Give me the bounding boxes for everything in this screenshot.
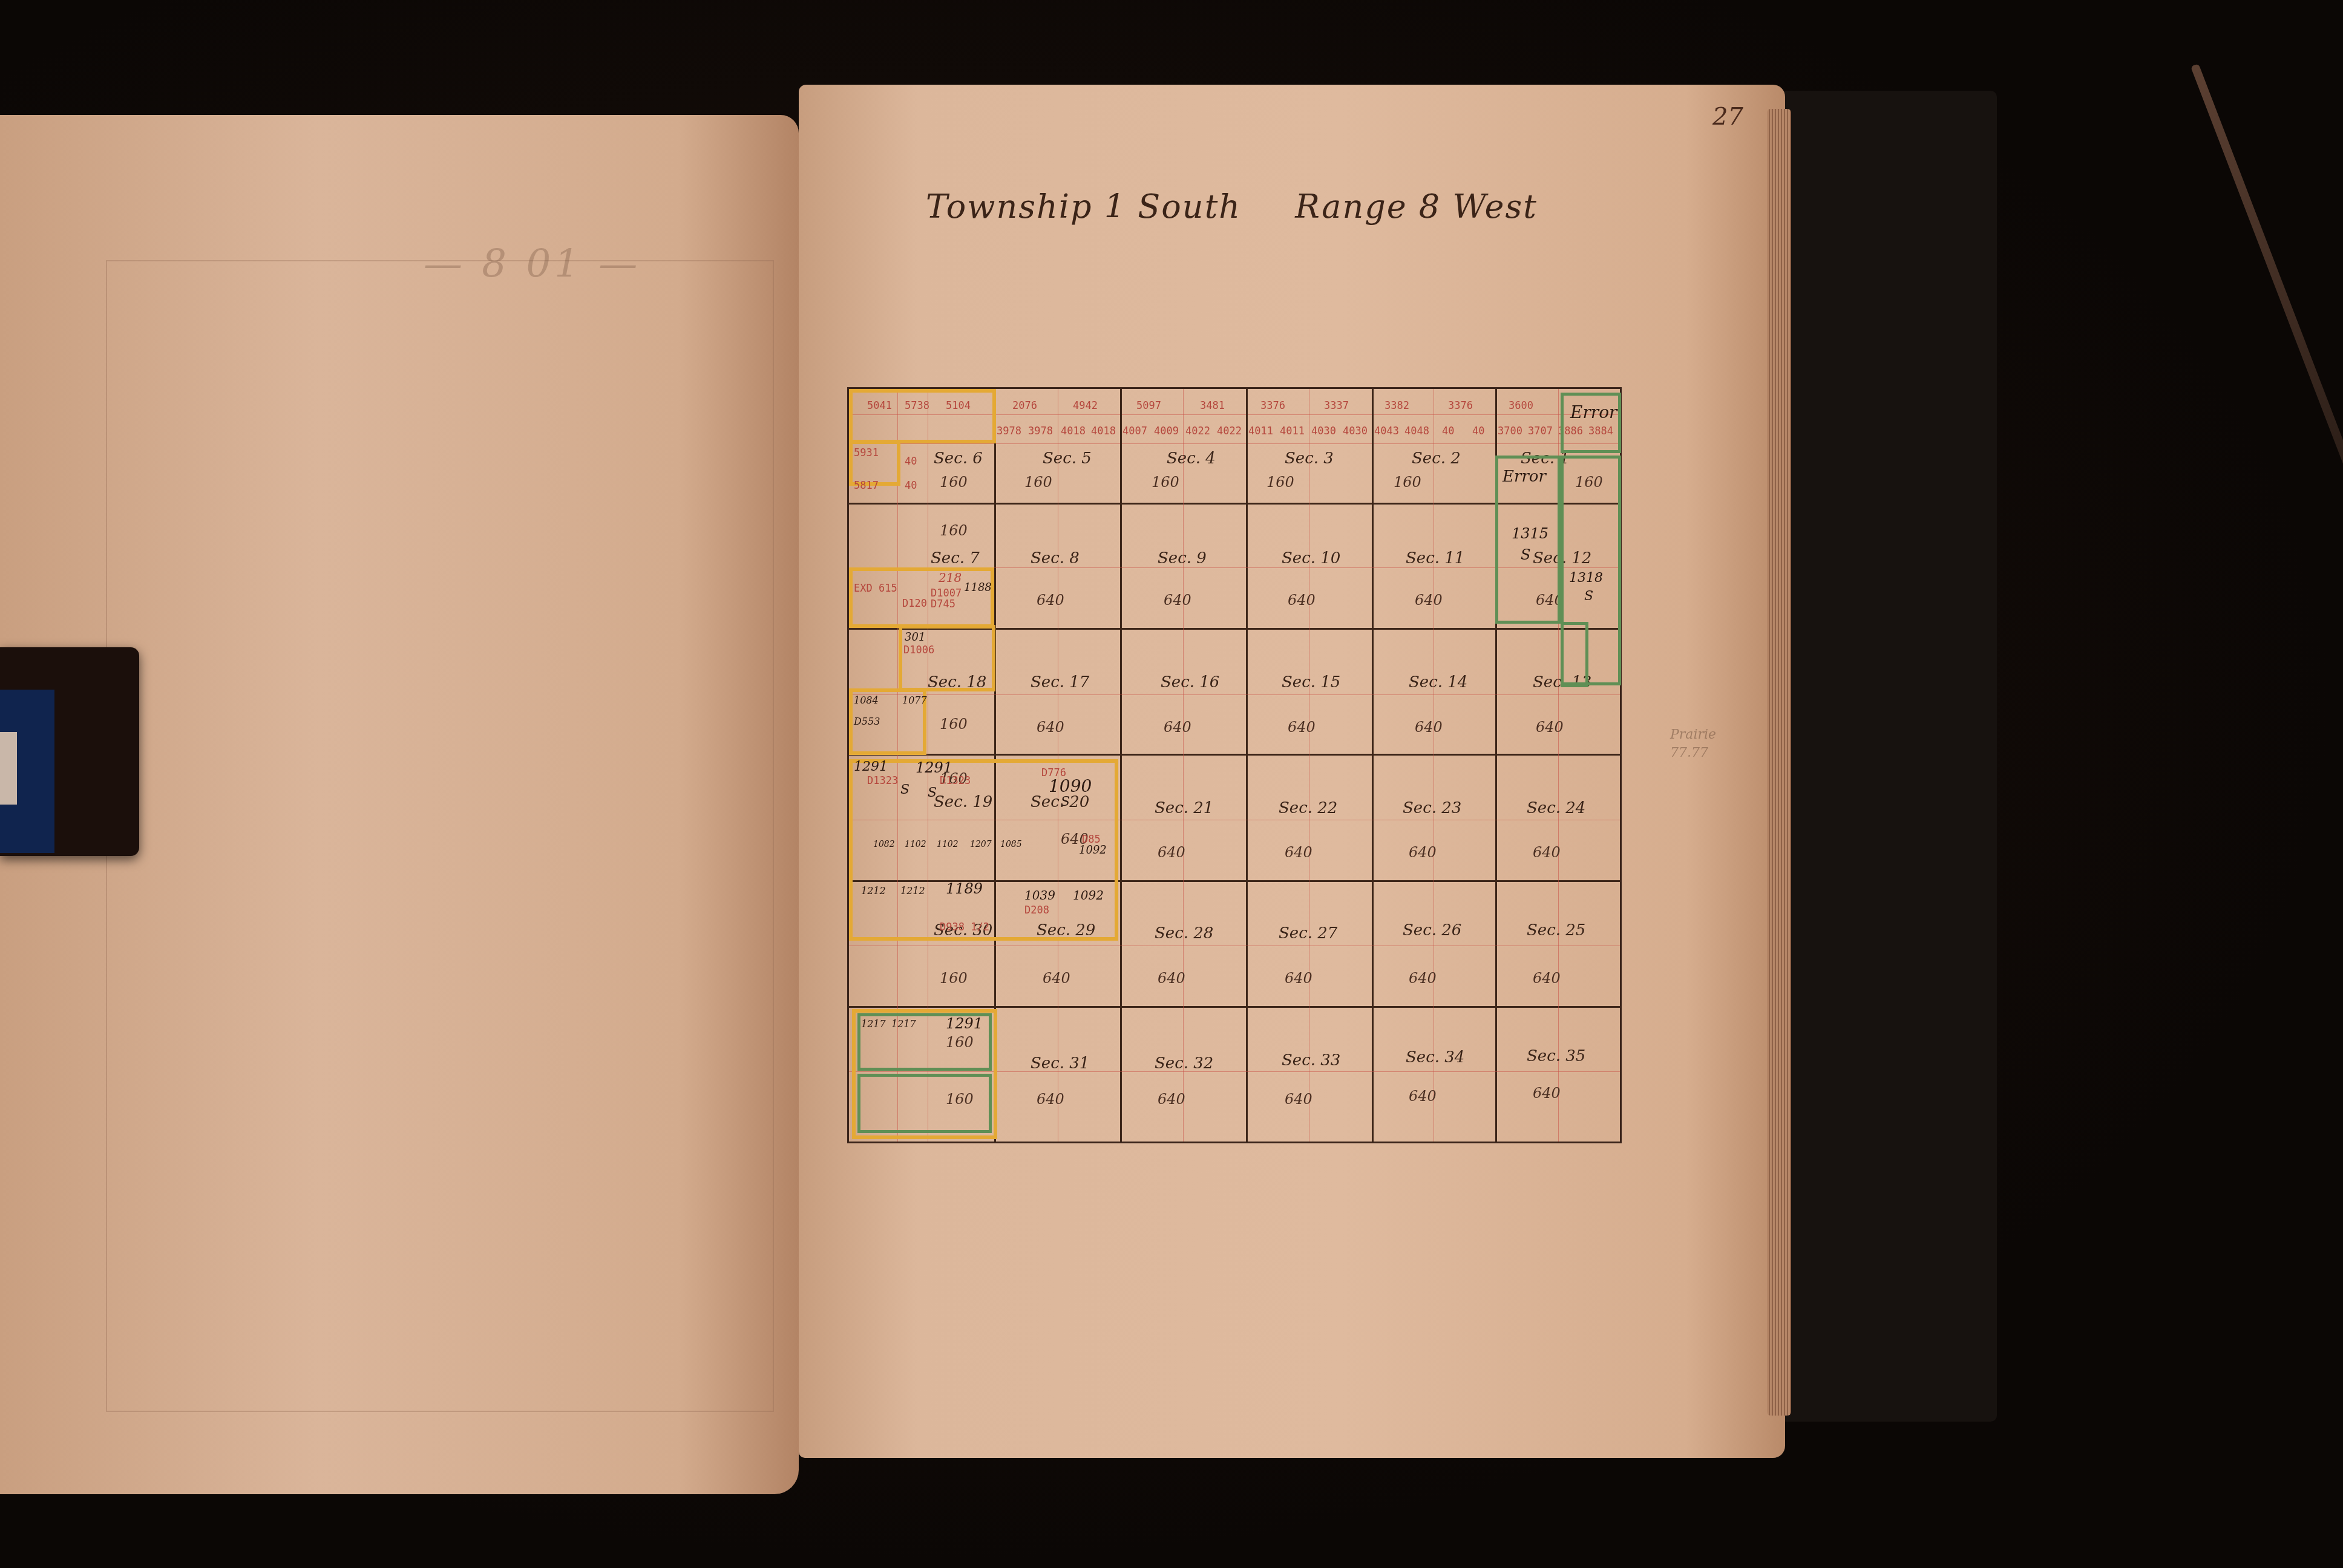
section-acres: 640 xyxy=(1164,592,1191,609)
red-entry: EXD 615 xyxy=(854,583,897,595)
section-label: Sec. 5 xyxy=(1043,449,1092,468)
red-entry: 5931 xyxy=(854,447,879,459)
section-label: Sec. 14 xyxy=(1409,673,1467,691)
township-grid: 5041 5738 5104 2076 4942 5097 3481 3376 … xyxy=(847,387,1622,1143)
red-entry: D1323 xyxy=(867,775,898,787)
error-note: Error xyxy=(1502,468,1546,486)
section-acres: 160 xyxy=(946,1091,974,1108)
entry-number: 1212 xyxy=(861,885,886,897)
lot-value: 3978 xyxy=(997,425,1021,437)
red-entry: D745 xyxy=(931,598,955,610)
pencil-note-line-2: 77.77 xyxy=(1670,744,1716,762)
lot-value: 40 xyxy=(1442,425,1454,437)
section-acres: 640 xyxy=(1037,592,1064,609)
lot-value: 4043 xyxy=(1374,425,1399,437)
entry-number: 1291 xyxy=(854,759,888,774)
header-value: 3382 xyxy=(1384,400,1409,412)
red-entry: D120 xyxy=(902,598,927,610)
entry-number: 1039 xyxy=(1024,888,1055,903)
green-wash-box xyxy=(1561,393,1621,453)
left-page-ghost-text: — 8 01 — xyxy=(424,242,641,287)
section-label: Sec. 7 xyxy=(931,549,980,567)
grid-col-line xyxy=(1120,389,1122,1142)
red-entry: D208 xyxy=(1024,904,1049,916)
quarter-line xyxy=(849,946,1620,946)
error-note: Error xyxy=(1570,402,1617,422)
section-label: Sec. 6 xyxy=(934,449,983,468)
section-acres: 640 xyxy=(1285,970,1312,987)
quarter-line xyxy=(1309,389,1309,1142)
entry-number: 1092 xyxy=(1079,844,1107,857)
section-acres: 640 xyxy=(1536,719,1564,736)
grid-col-line xyxy=(1246,389,1248,1142)
lot-value: 3700 xyxy=(1498,425,1522,437)
lot-value: 4048 xyxy=(1404,425,1429,437)
entry-number: 1189 xyxy=(946,880,983,897)
lot-value: 4022 xyxy=(1217,425,1242,437)
section-label: Sec. 23 xyxy=(1403,799,1461,817)
header-value: 3337 xyxy=(1324,400,1349,412)
section-label: Sec. 28 xyxy=(1155,924,1213,942)
section-acres: 160 xyxy=(940,522,968,539)
section-label: Sec. 2 xyxy=(1412,449,1461,468)
section-acres: 640 xyxy=(1158,844,1185,861)
section-acres: 160 xyxy=(946,1034,974,1051)
section-acres: 160 xyxy=(1394,474,1421,491)
entry-number: 1188 xyxy=(964,581,992,594)
page-title: Township 1 South Range 8 West xyxy=(926,188,1580,226)
header-value: 5097 xyxy=(1136,400,1161,412)
section-acres: 640 xyxy=(1415,719,1443,736)
section-acres: 640 xyxy=(1285,844,1312,861)
entry-number: 1217 xyxy=(891,1018,916,1030)
section-label: Sec. 22 xyxy=(1279,799,1337,817)
section-label: Sec. 33 xyxy=(1282,1051,1340,1070)
green-wash-box xyxy=(1561,622,1588,687)
section-label: Sec. 32 xyxy=(1155,1054,1213,1073)
section-acres: 160 xyxy=(940,970,968,987)
quarter-line xyxy=(1183,389,1184,1142)
entry-number: 1315 xyxy=(1512,525,1548,542)
entry-number: 1082 xyxy=(873,840,895,849)
entry-number: 1092 xyxy=(1073,888,1104,903)
entry-mark: S xyxy=(1061,794,1070,809)
section-acres: 640 xyxy=(1164,719,1191,736)
section-acres: 640 xyxy=(1409,844,1437,861)
red-entry: D1007 xyxy=(931,587,962,599)
section-label: Sec. 27 xyxy=(1279,924,1337,942)
lot-value: 4007 xyxy=(1122,425,1147,437)
section-acres: 160 xyxy=(1267,474,1294,491)
section-acres: 640 xyxy=(1288,592,1316,609)
lot-value: 4030 xyxy=(1311,425,1336,437)
section-acres: 640 xyxy=(1533,970,1561,987)
section-acres: 640 xyxy=(1037,719,1064,736)
quarter-line xyxy=(1434,389,1434,1142)
entry-number: 1090 xyxy=(1049,776,1092,796)
entry-mark: S xyxy=(1584,589,1593,604)
section-label: Sec. 24 xyxy=(1527,799,1585,817)
red-entry: D1006 xyxy=(903,644,934,656)
section-acres: 640 xyxy=(1288,719,1316,736)
header-value: 4942 xyxy=(1073,400,1098,412)
section-acres: 640 xyxy=(1158,970,1185,987)
section-label: Sec. 17 xyxy=(1031,673,1089,691)
yellow-wash-box xyxy=(849,389,996,443)
entry-number: 1207 xyxy=(970,840,992,849)
entry-mark: S xyxy=(900,782,909,797)
section-label: Sec. 31 xyxy=(1031,1054,1089,1073)
section-acres: 160 xyxy=(940,716,968,733)
entry-number: 1077 xyxy=(902,694,927,706)
entry-number: 1102 xyxy=(905,840,926,849)
section-label: Sec. 25 xyxy=(1527,921,1585,939)
entry-mark: S xyxy=(1521,546,1530,563)
pencil-note-line-1: Prairie xyxy=(1670,726,1716,744)
section-acres: 640 xyxy=(1158,1091,1185,1108)
quarter-line xyxy=(849,694,1620,695)
red-entry: D938 1/2 xyxy=(940,921,989,933)
red-entry: 40 xyxy=(905,456,917,468)
title-range: Range 8 West xyxy=(1295,188,1538,226)
entry-number: 301 xyxy=(905,631,925,644)
section-label: Sec. 35 xyxy=(1527,1047,1585,1065)
section-acres: 160 xyxy=(1024,474,1052,491)
lot-value: 4022 xyxy=(1185,425,1210,437)
margin-pencil-note: Prairie 77.77 xyxy=(1670,726,1716,762)
section-label: Sec. 4 xyxy=(1167,449,1216,468)
lot-value: 4011 xyxy=(1248,425,1273,437)
section-label: Sec. 16 xyxy=(1161,673,1219,691)
grid-row-line xyxy=(849,754,1620,756)
section-label: Sec. 26 xyxy=(1403,921,1461,939)
header-red-line-2 xyxy=(849,443,1620,444)
left-page-margin-frame xyxy=(106,260,774,1412)
header-value: 3600 xyxy=(1509,400,1533,412)
section-acres: 160 xyxy=(1152,474,1179,491)
lot-value: 4018 xyxy=(1061,425,1086,437)
entry-number: 1318 xyxy=(1569,570,1603,586)
grid-col-line xyxy=(1372,389,1374,1142)
entry-mark: S xyxy=(928,785,937,800)
grid-row-line xyxy=(849,1006,1620,1008)
section-acres: 640 xyxy=(1415,592,1443,609)
title-township: Township 1 South xyxy=(926,188,1241,226)
clip-label-tab xyxy=(0,732,17,805)
section-label: Sec. 21 xyxy=(1155,799,1213,817)
page-edges xyxy=(1767,109,1791,1416)
section-label: Sec. 3 xyxy=(1285,449,1334,468)
section-acres: 640 xyxy=(1533,844,1561,861)
section-acres: 640 xyxy=(1533,1085,1561,1102)
section-label: Sec. 10 xyxy=(1282,549,1340,567)
section-acres: 160 xyxy=(940,474,968,491)
section-label: Sec. 11 xyxy=(1406,549,1464,567)
lot-value: 4030 xyxy=(1343,425,1368,437)
lot-value: 4018 xyxy=(1091,425,1116,437)
entry-number: 1085 xyxy=(1000,840,1022,849)
lot-value: 40 xyxy=(1472,425,1484,437)
entry-number: 1212 xyxy=(900,885,925,897)
lot-value: 3978 xyxy=(1028,425,1053,437)
section-label: Sec. 34 xyxy=(1406,1048,1464,1067)
section-label: Sec. 15 xyxy=(1282,673,1340,691)
page-number: 27 xyxy=(1712,103,1743,131)
book-clip-icon xyxy=(0,647,139,856)
entry-number: 1291 xyxy=(916,759,952,776)
lot-value: 3707 xyxy=(1528,425,1553,437)
red-entry: D1323 xyxy=(940,775,971,787)
header-value: 3376 xyxy=(1260,400,1285,412)
entry-number: 1102 xyxy=(937,840,958,849)
section-acres: 640 xyxy=(1285,1091,1312,1108)
lot-value: 4009 xyxy=(1154,425,1179,437)
entry-number: 1291 xyxy=(946,1015,983,1032)
entry-number: D553 xyxy=(854,716,880,727)
red-entry: 5817 xyxy=(854,480,879,492)
red-entry: 40 xyxy=(905,480,917,492)
entry-number: 218 xyxy=(939,570,962,585)
section-acres: 640 xyxy=(1409,970,1437,987)
entry-number: 1084 xyxy=(854,694,879,706)
entry-number: 1217 xyxy=(861,1018,886,1030)
header-value: 3376 xyxy=(1448,400,1473,412)
header-value: 2076 xyxy=(1012,400,1037,412)
section-acres: 640 xyxy=(1409,1088,1437,1105)
section-acres: 640 xyxy=(1043,970,1070,987)
lot-value: 4011 xyxy=(1280,425,1305,437)
header-value: 3481 xyxy=(1200,400,1225,412)
section-acres: 640 xyxy=(1037,1091,1064,1108)
section-label: Sec. 8 xyxy=(1031,549,1080,567)
section-label: Sec. 9 xyxy=(1158,549,1207,567)
